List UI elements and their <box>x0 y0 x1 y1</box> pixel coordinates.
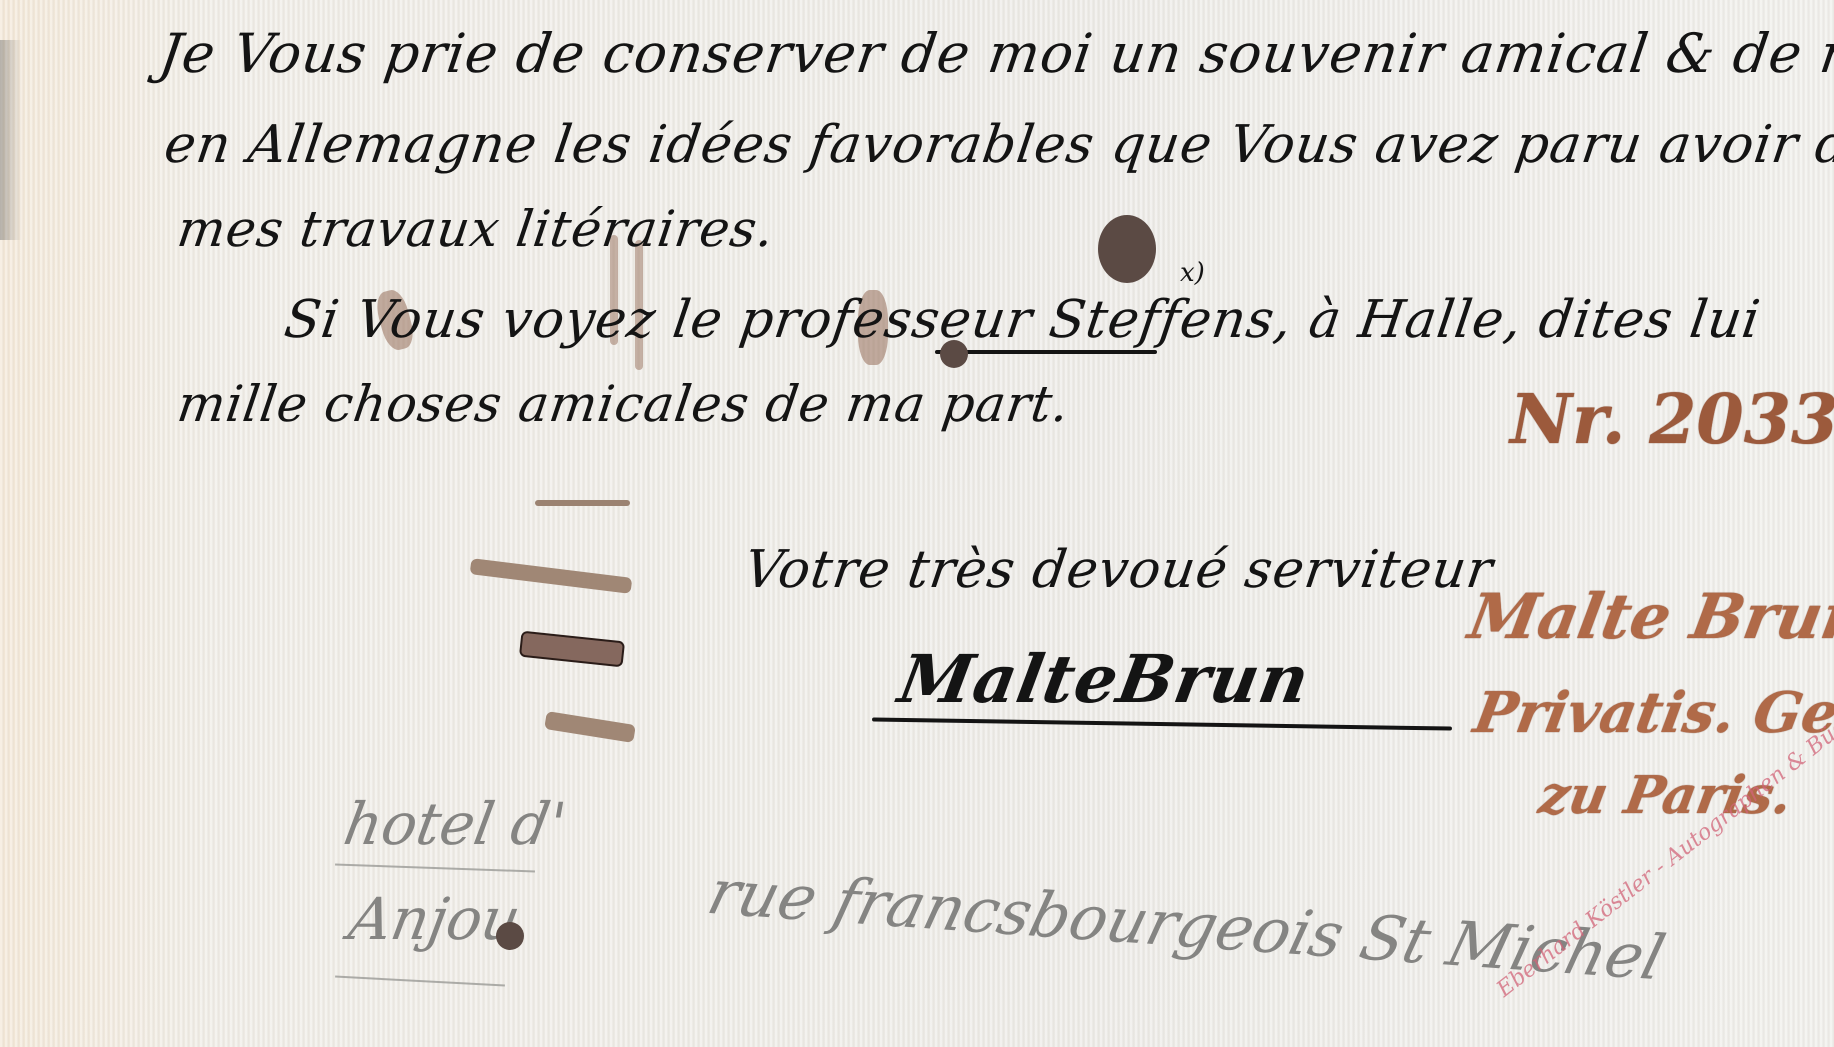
letter-line-2: en Allemagne les idées favorables que Vo… <box>161 115 1834 175</box>
letter-line-1: Je Vous prie de conserver de moi un souv… <box>156 22 1834 85</box>
ink-blot <box>1098 215 1156 283</box>
letter-scan: Je Vous prie de conserver de moi un souv… <box>0 0 1834 1047</box>
signature: MalteBrun <box>893 640 1316 718</box>
letter-line-4: Si Vous voyez le professeur Steffens, à … <box>281 290 1765 350</box>
ink-stroke <box>544 711 636 743</box>
paper-edge-shadow <box>0 40 22 240</box>
closing-salutation: Votre très devoué serviteur <box>741 540 1497 600</box>
ink-stroke <box>519 631 625 668</box>
name-underline <box>935 350 1157 354</box>
pencil-rule <box>335 864 535 873</box>
ink-blot <box>496 922 524 950</box>
pencil-rule <box>335 976 505 987</box>
ink-stroke <box>470 558 633 594</box>
pencil-hotel-line-1: hotel d' <box>339 790 571 858</box>
letter-line-3: mes travaux litéraires. <box>174 200 778 258</box>
annotation-line-1: Malte Brun <box>1464 580 1834 653</box>
signature-underline <box>872 717 1452 730</box>
ink-stroke <box>535 500 630 506</box>
ink-blot <box>940 340 968 368</box>
annotation-line-2: Privatis. Gelehrt. <box>1469 680 1834 746</box>
letter-line-5: mille choses amicales de ma part. <box>174 375 1074 433</box>
footnote-mark: x) <box>1180 258 1205 288</box>
catalog-number-stamp: Nr. 2033. <box>1510 380 1834 460</box>
